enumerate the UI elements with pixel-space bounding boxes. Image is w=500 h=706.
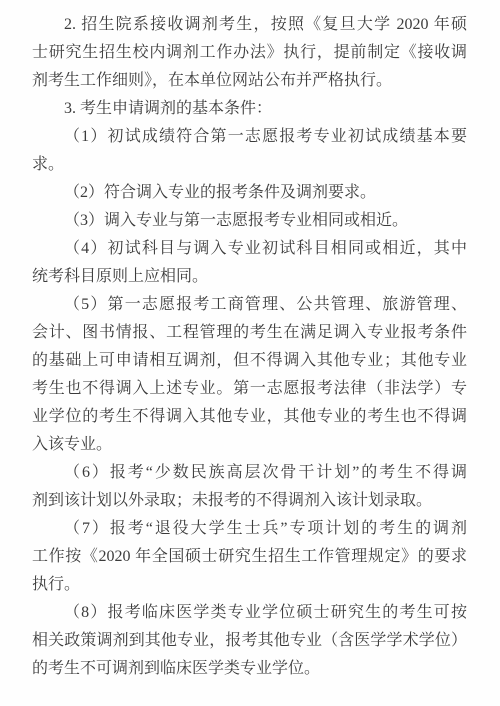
text-line: 剂到该计划以外录取；未报考的不得调剂入该计划录取。	[32, 487, 467, 515]
text-line: 统考科目原则上应相同。	[32, 263, 467, 291]
text-line: （2）符合调入专业的报考条件及调剂要求。	[32, 179, 467, 207]
text-line: 的考生不可调剂到临床医学类专业学位。	[32, 655, 467, 683]
text-line: （5）第一志愿报考工商管理、公共管理、旅游管理、	[32, 291, 467, 319]
text-line: 工作按《2020 年全国硕士研究生招生工作管理规定》的要求	[32, 543, 467, 571]
text-line: 士研究生招生校内调剂工作办法》执行，提前制定《接收调	[32, 39, 467, 67]
text-line: （4）初试科目与调入专业初试科目相同或相近，其中	[32, 235, 467, 263]
document-page: 2. 招生院系接收调剂考生，按照《复旦大学 2020 年硕 士研究生招生校内调剂…	[0, 0, 500, 706]
text-line: 求。	[32, 151, 467, 179]
text-line: 剂考生工作细则》，在本单位网站公布并严格执行。	[32, 67, 467, 95]
text-line: 考生也不得调入上述专业。第一志愿报考法律（非法学）专	[32, 375, 467, 403]
text-line: （8）报考临床医学类专业学位硕士研究生的考生可按	[32, 599, 467, 627]
text-line: （6）报考“少数民族高层次骨干计划”的考生不得调	[32, 459, 467, 487]
text-line: 入该专业。	[32, 431, 467, 459]
text-line: 相关政策调剂到其他专业，报考其他专业（含医学学术学位）	[32, 627, 467, 655]
text-line: 执行。	[32, 571, 467, 599]
text-line: 的基础上可申请相互调剂，但不得调入其他专业；其他专业	[32, 347, 467, 375]
text-line: （7）报考“退役大学生士兵”专项计划的考生的调剂	[32, 515, 467, 543]
text-line: （1）初试成绩符合第一志愿报考专业初试成绩基本要	[32, 123, 467, 151]
text-line: （3）调入专业与第一志愿报考专业相同或相近。	[32, 207, 467, 235]
text-line: 2. 招生院系接收调剂考生，按照《复旦大学 2020 年硕	[32, 11, 467, 39]
text-line: 业学位的考生不得调入其他专业，其他专业的考生也不得调	[32, 403, 467, 431]
text-line: 会计、图书情报、工程管理的考生在满足调入专业报考条件	[32, 319, 467, 347]
text-line: 3. 考生申请调剂的基本条件：	[32, 95, 467, 123]
